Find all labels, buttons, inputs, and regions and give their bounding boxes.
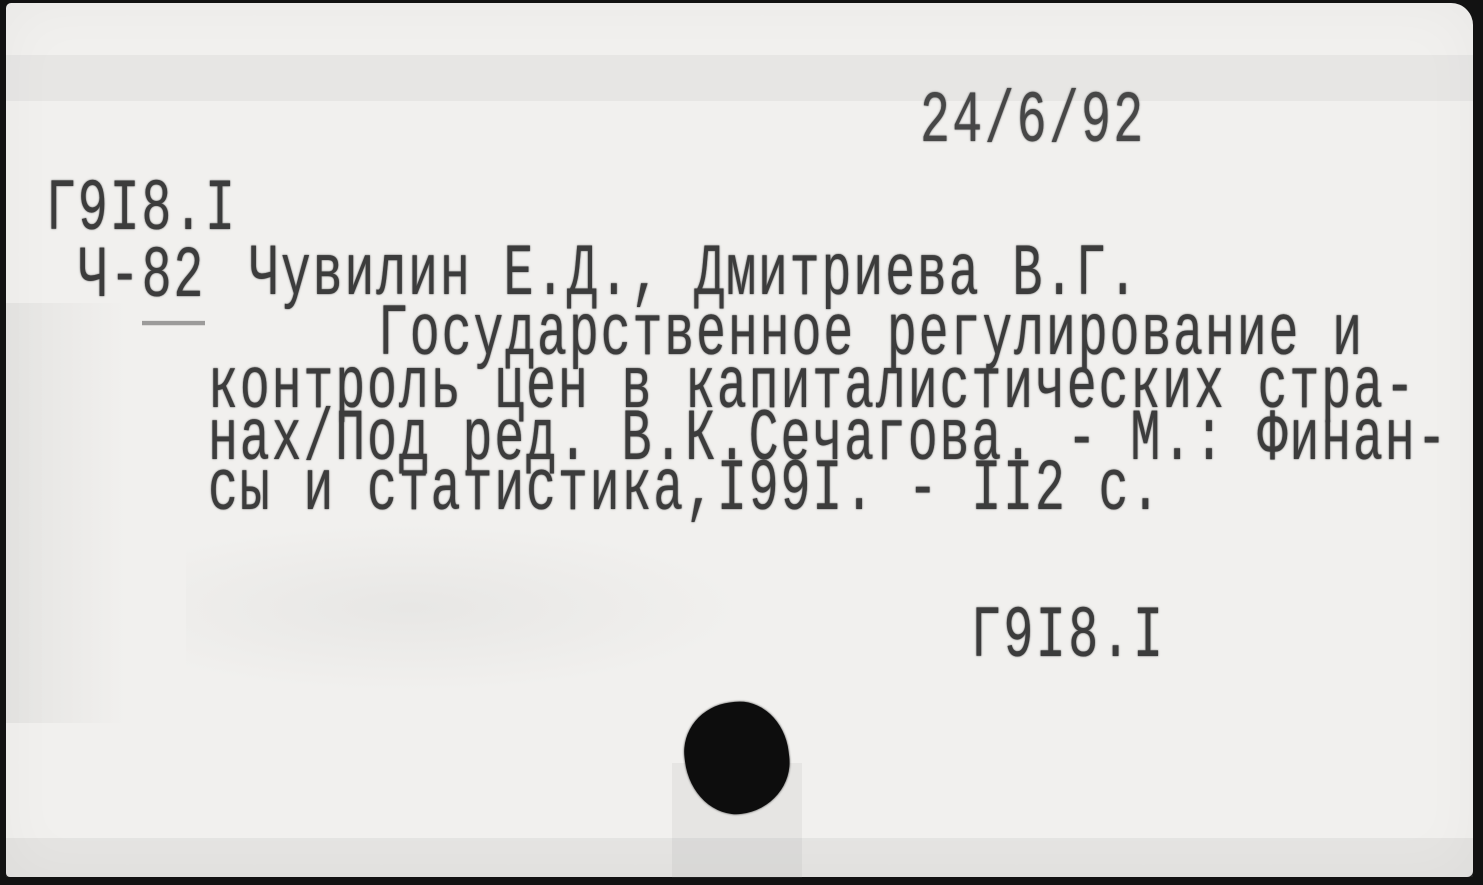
cutter-prefix: Ч- xyxy=(78,236,142,319)
date-stamp: 24/6/92 xyxy=(920,87,1145,160)
scan-artifact-band-top xyxy=(6,55,1473,101)
cutter-digits: 82 xyxy=(142,236,206,325)
call-number-repeat: Г9I8.I xyxy=(971,602,1165,675)
scan-artifact-smudge-mid xyxy=(186,523,746,693)
description-line: сы и статистика,I99I. - II2 с. xyxy=(208,455,1162,528)
catalog-card: 24/6/92 Г9I8.I Ч-82 Чувилин Е.Д., Дмитри… xyxy=(6,3,1473,877)
scan-artifact-smudge-left xyxy=(6,303,126,723)
author-cutter-mark: Ч-82 xyxy=(78,242,205,315)
